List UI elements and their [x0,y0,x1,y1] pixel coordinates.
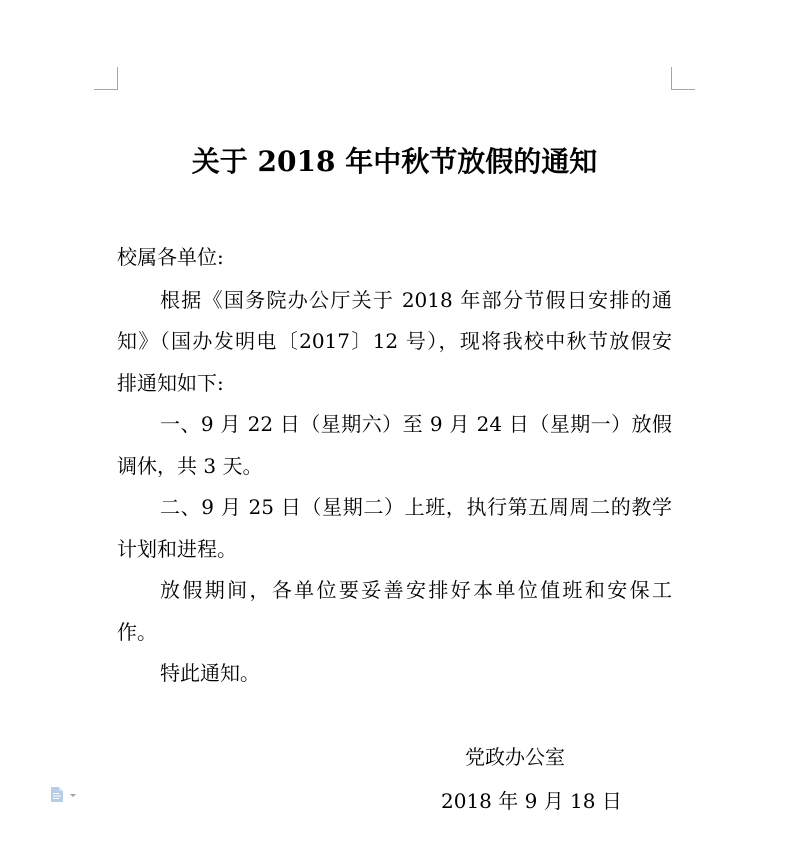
document-icon[interactable] [51,787,63,802]
signature-office: 党政办公室 [465,741,565,770]
page-corner-mark-top-left [94,67,118,90]
body-line: 二、9 月 25 日（星期二）上班，执行第五周周二的教学 [160,493,672,521]
signature-date: 2018 年 9 月 18 日 [441,785,622,814]
document-title: 关于 2018 年中秋节放假的通知 [0,140,789,180]
body-line: 一、9 月 22 日（星期六）至 9 月 24 日（星期一）放假 [160,410,672,438]
page-corner-mark-top-right [671,67,695,90]
salutation: 校属各单位: [117,243,224,271]
body-line: 知》（国办发明电〔2017〕12 号），现将我校中秋节放假安 [117,327,672,355]
body-line: 放假期间，各单位要妥善安排好本单位值班和安保工 [160,576,672,604]
body-line: 调休，共 3 天。 [117,452,262,480]
body-line: 排通知如下: [117,369,224,397]
body-line: 作。 [117,618,157,646]
body-line: 特此通知。 [160,659,260,687]
body-line: 根据《国务院办公厅关于 2018 年部分节假日安排的通 [160,286,672,314]
body-line: 计划和进程。 [117,535,237,563]
chevron-down-icon[interactable] [70,794,76,797]
